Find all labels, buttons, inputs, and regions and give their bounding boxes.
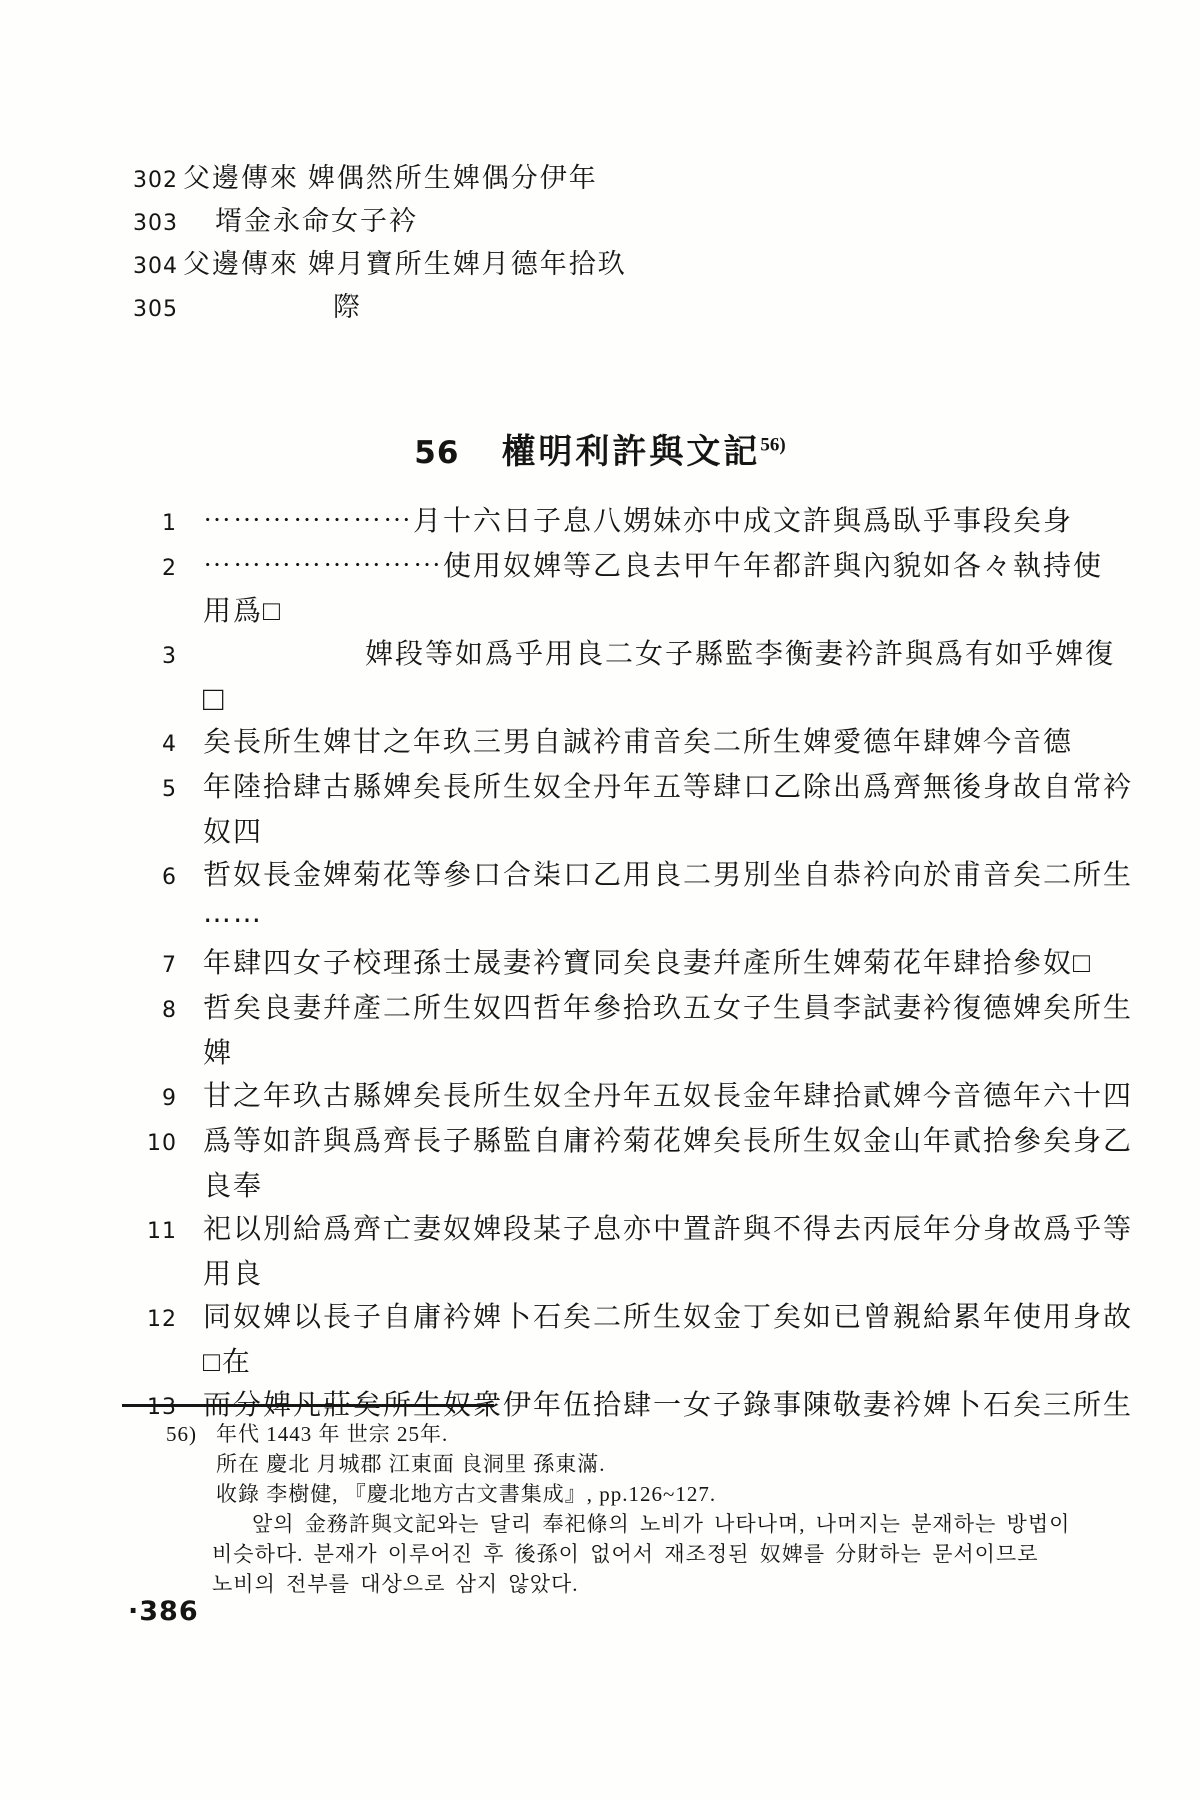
document-line: 9 甘之年玖古縣婢矣長所生奴全丹年五奴長金年肆拾貳婢今音德年六十四 [133, 1075, 1150, 1120]
line-number: 304 [133, 247, 183, 287]
line-number: 305 [133, 290, 183, 330]
document-number: 56 [414, 435, 459, 471]
footnote-commentary-line: 노비의 전부를 대상으로 삼지 않았다. [166, 1569, 1120, 1599]
document-line: 1 ⋯⋯⋯⋯⋯⋯⋯月十六日子息八娚妹亦中成文許與爲臥乎事段矣身 [133, 500, 1150, 545]
line-number: 10 [133, 1122, 183, 1165]
line-text: 年陸拾肆古縣婢矣長所生奴全丹年五等肆口乙除出爲齊無後身故自常衿 [203, 766, 1133, 809]
document-line-continuation: 用爲□ [133, 590, 1150, 633]
document-line: 3 婢段等如爲乎用良二女子縣監李衡妻衿許與爲有如乎婢復 [133, 633, 1150, 678]
document-line: 8 哲矣良妻幷產二所生奴四哲年參拾玖五女子生員李試妻衿復德婢矣所生 [133, 987, 1150, 1032]
document-line: 6 哲奴長金婢菊花等參口合柒口乙用良二男別坐自恭衿向於甫音矣二所生 [133, 854, 1150, 899]
document-line: 305 際 [133, 287, 1140, 330]
line-number: 2 [133, 547, 183, 590]
document-line: 12 同奴婢以長子自庸衿婢卜石矣二所生奴金丁矣如已曾親給累年使用身故 [133, 1296, 1150, 1341]
footnote-line: 所在 慶北 月城郡 江東面 良洞里 孫東滿. [166, 1449, 1120, 1479]
line-text: 奴四 [203, 811, 263, 854]
document-line-continuation: □在 [133, 1341, 1150, 1384]
line-text: 祀以別給爲齊亡妻奴婢段某子息亦中置許與不得去丙辰年分身故爲乎等 [203, 1208, 1133, 1251]
line-text: 矣長所生婢甘之年玖三男自誠衿甫音矣二所生婢愛德年肆婢今音德 [203, 721, 1073, 764]
footnote-line: 56) 年代 1443 年 世宗 25年. [166, 1419, 1120, 1449]
line-number: 303 [133, 204, 183, 244]
line-text: 婢段等如爲乎用良二女子縣監李衡妻衿許與爲有如乎婢復 [203, 633, 1115, 676]
footnote-reference: 56) [760, 435, 785, 456]
document-line: 303 壻金永命女子衿 [133, 201, 1140, 244]
line-text: 年肆四女子校理孫士晟妻衿寶同矣良妻幷產所生婢菊花年肆拾參奴□ [203, 942, 1092, 985]
footnote-line: 收錄 李樹健, 『慶北地方古文書集成』, pp.126~127. [166, 1479, 1120, 1509]
line-text: 際 [183, 287, 362, 327]
footnote-text: 年代 1443 年 世宗 25年. [216, 1419, 448, 1449]
line-number: 4 [133, 723, 183, 766]
line-number: 11 [133, 1210, 183, 1253]
document-line: 304 父邊傳來 婢月寶所生婢月德年拾玖 [133, 244, 1140, 287]
document-line-continuation: 婢 [133, 1032, 1150, 1075]
line-text: □ [203, 678, 226, 721]
line-number: 3 [133, 635, 183, 678]
document-line: 11 祀以別給爲齊亡妻奴婢段某子息亦中置許與不得去丙辰年分身故爲乎等 [133, 1208, 1150, 1253]
document-line-continuation: 良奉 [133, 1165, 1150, 1208]
line-text: 婢 [203, 1032, 233, 1075]
line-number: 6 [133, 856, 183, 899]
line-text: 哲矣良妻幷產二所生奴四哲年參拾玖五女子生員李試妻衿復德婢矣所生 [203, 987, 1133, 1030]
line-text: 甘之年玖古縣婢矣長所生奴全丹年五奴長金年肆拾貳婢今音德年六十四 [203, 1075, 1133, 1118]
document-title-text: 權明利許與文記 [501, 434, 760, 471]
line-text: ⋯⋯⋯⋯⋯⋯⋯月十六日子息八娚妹亦中成文許與爲臥乎事段矣身 [203, 500, 1073, 543]
document-line-continuation: □ [133, 678, 1150, 721]
line-number: 7 [133, 944, 183, 987]
line-number: 9 [133, 1077, 183, 1120]
document-line-continuation: ⋯⋯ [133, 899, 1150, 942]
document-line: 10 爲等如許與爲齊長子縣監自庸衿菊花婢矣長所生奴金山年貳拾參矣身乙 [133, 1120, 1150, 1165]
line-text: 爲等如許與爲齊長子縣監自庸衿菊花婢矣長所生奴金山年貳拾參矣身乙 [203, 1120, 1133, 1163]
line-text: 父邊傳來 婢偶然所生婢偶分伊年 [183, 158, 598, 198]
book-page: 302 父邊傳來 婢偶然所生婢偶分伊年 303 壻金永命女子衿 304 父邊傳來… [0, 0, 1200, 1800]
line-text: 哲奴長金婢菊花等參口合柒口乙用良二男別坐自恭衿向於甫音矣二所生 [203, 854, 1133, 897]
line-text: 父邊傳來 婢月寶所生婢月德年拾玖 [183, 244, 627, 284]
line-text: 用良 [203, 1253, 263, 1296]
transcription-body: 1 ⋯⋯⋯⋯⋯⋯⋯月十六日子息八娚妹亦中成文許與爲臥乎事段矣身 2 ⋯⋯⋯⋯⋯⋯… [133, 500, 1150, 1429]
document-line: 4 矣長所生婢甘之年玖三男自誠衿甫音矣二所生婢愛德年肆婢今音德 [133, 721, 1150, 766]
footnote: 56) 年代 1443 年 世宗 25年. 所在 慶北 月城郡 江東面 良洞里 … [166, 1419, 1120, 1599]
document-line-continuation: 用良 [133, 1253, 1150, 1296]
line-number: 1 [133, 502, 183, 545]
line-text: 用爲□ [203, 590, 282, 633]
line-text: 壻金永命女子衿 [183, 201, 418, 241]
footnote-marker: 56) [166, 1419, 216, 1449]
document-title: 56權明利許與文記56) [0, 424, 1200, 473]
document-line: 5 年陸拾肆古縣婢矣長所生奴全丹年五等肆口乙除出爲齊無後身故自常衿 [133, 766, 1150, 811]
line-text: ⋯⋯⋯⋯⋯⋯⋯⋯使用奴婢等乙良去甲午年都許與內貌如各々執持使 [203, 545, 1103, 588]
line-number: 302 [133, 161, 183, 201]
line-text: ⋯⋯ [203, 899, 263, 942]
document-line: 2 ⋯⋯⋯⋯⋯⋯⋯⋯使用奴婢等乙良去甲午年都許與內貌如各々執持使 [133, 545, 1150, 590]
previous-document-lines: 302 父邊傳來 婢偶然所生婢偶分伊年 303 壻金永命女子衿 304 父邊傳來… [133, 158, 1140, 330]
page-number: ·386 [128, 1596, 199, 1627]
document-line-continuation: 奴四 [133, 811, 1150, 854]
line-number: 12 [133, 1298, 183, 1341]
footnote-commentary-line: 앞의 金務許與文記와는 달리 奉祀條의 노비가 나타나며, 나머지는 분재하는 … [166, 1509, 1120, 1539]
document-line: 7 年肆四女子校理孫士晟妻衿寶同矣良妻幷產所生婢菊花年肆拾參奴□ [133, 942, 1150, 987]
line-number: 5 [133, 768, 183, 811]
footnote-separator [122, 1404, 494, 1407]
line-text: 同奴婢以長子自庸衿婢卜石矣二所生奴金丁矣如已曾親給累年使用身故 [203, 1296, 1133, 1339]
line-number: 8 [133, 989, 183, 1032]
line-text: □在 [203, 1341, 252, 1384]
footnote-commentary-line: 비슷하다. 분재가 이루어진 후 後孫이 없어서 재조정된 奴婢를 分財하는 문… [166, 1539, 1120, 1569]
line-text: 良奉 [203, 1165, 263, 1208]
document-line: 302 父邊傳來 婢偶然所生婢偶分伊年 [133, 158, 1140, 201]
